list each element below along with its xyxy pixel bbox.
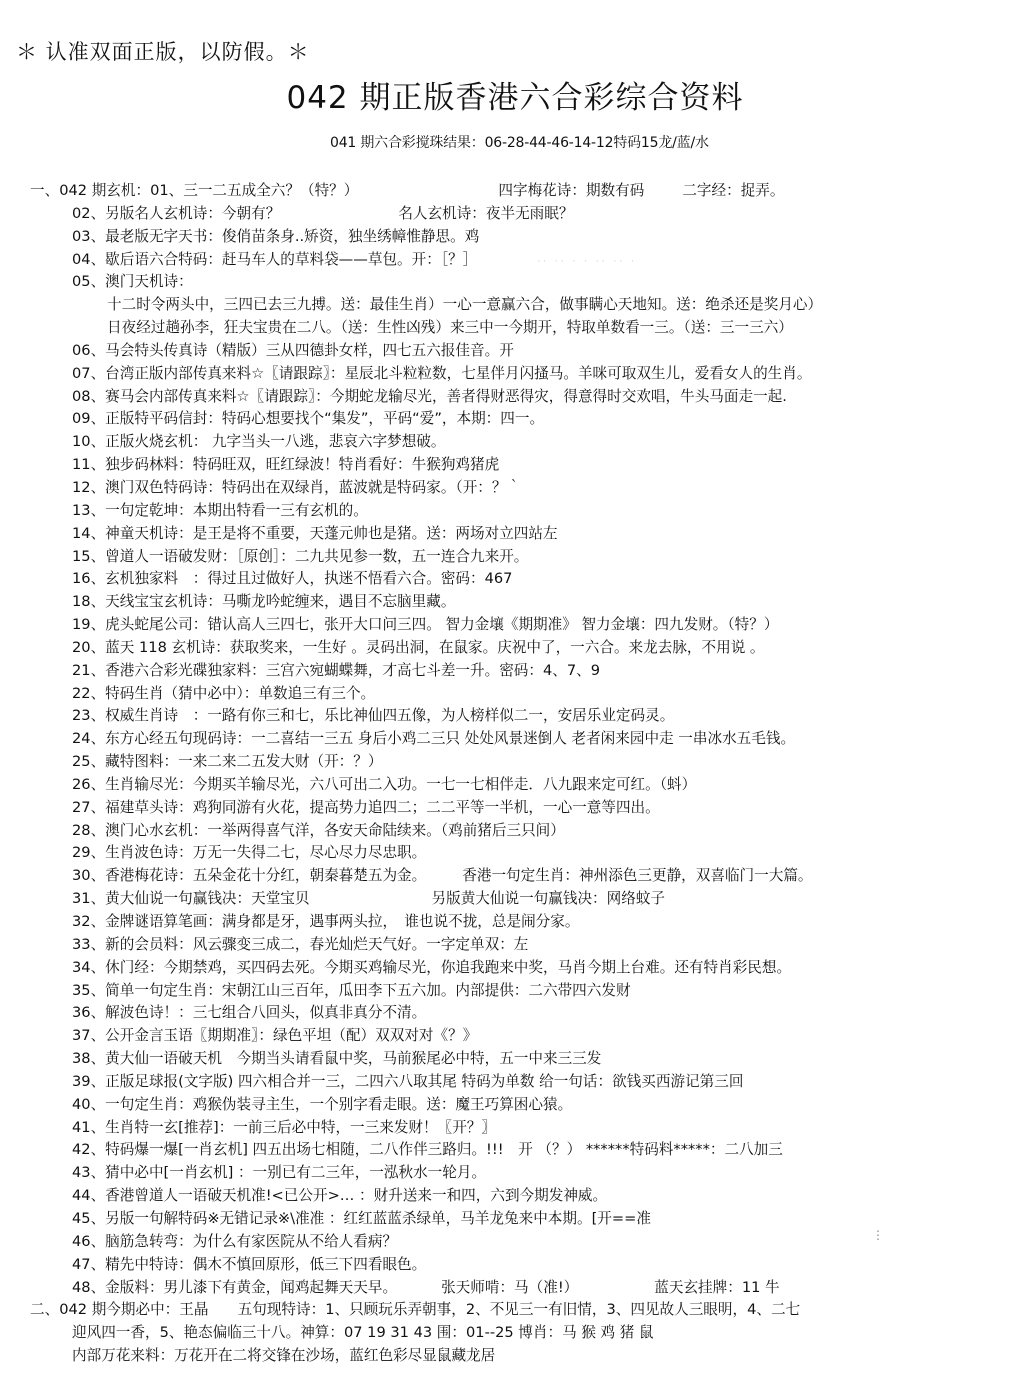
item-number: 36、 — [72, 1004, 105, 1021]
section-2-line-3: 内部万花来料：万花开在二将交锋在沙场，蓝红色彩尽显鼠藏龙居 — [0, 1345, 1010, 1368]
item-text: 金牌谜语算笔画：满身都是牙，遇事两头拉， 谁也说不拢，总是闹分家。 — [105, 913, 579, 930]
list-item-26: 26、生肖输尽光：今期买羊输尽光，六八可出二入功。一七一七相伴走．八九跟来定可红… — [0, 774, 1010, 797]
item-number: 19、 — [72, 616, 105, 633]
item-text: 黄大仙说一句赢钱决：天堂宝贝 — [105, 890, 309, 907]
vertical-dots-artifact: ⋮ — [872, 1228, 884, 1242]
item-text: 新的会员料：风云骤变三成二，春光灿烂天气好。一字定单双：左 — [105, 936, 528, 953]
item-number: 43、 — [72, 1164, 105, 1181]
item-number: 11、 — [72, 456, 105, 473]
item-number: 35、 — [72, 982, 105, 999]
item-text: 曾道人一语破发财：［原创］：二九共见参一数，五一连合九来开。 — [105, 548, 528, 565]
list-item-35: 35、简单一句定生肖：宋朝江山三百年，瓜田李下五六加。内部提供：二六带四六发财 — [0, 980, 1010, 1003]
item-text: 福建草头诗：鸡狗同游有火花，提高势力追四二；二二平等一半机，一心一意等四出。 — [105, 799, 660, 816]
list-item-19: 19、虎头蛇尾公司：错认高人三四七，张开大口问三四。 智力金壤《期期准》 智力金… — [0, 614, 1010, 637]
item-number: 38、 — [72, 1050, 105, 1067]
list-item-04: 04、歇后语六合特码：赶马车人的草料袋——草包。开：［？］·· ·· · · ·… — [0, 249, 1010, 272]
item-number: 18、 — [72, 593, 105, 610]
list-item-43: 43、猜中必中[一肖玄机] ：一别已有二三年，一泓秋水一轮月。 — [0, 1162, 1010, 1185]
item-number: 16、 — [72, 570, 105, 587]
item-number: 45、 — [72, 1210, 105, 1227]
faint-artifact: ·· ·· · · ·· ·· · — [537, 257, 637, 267]
last-draw-result: 041 期六合彩搅珠结果：06-28-44-46-14-12特码15龙/蓝/水 — [330, 132, 709, 152]
section-2-line-1: 二、042 期今期必中：王晶 五句现特诗：1、只顾玩乐弄朝事，2、不见三一有旧情… — [0, 1299, 1010, 1322]
list-item-42: 42、特码爆一爆[一肖玄机] 四五出场七相随，二八作伴三路归。!!! 开 （？）… — [0, 1139, 1010, 1162]
list-item-21: 21、香港六合彩光碟独家料：三宫六宛蝴蝶舞，才高七斗差一升。密码：4、7、9 — [0, 660, 1010, 683]
list-item-05-verse-2: 日夜经过趟孙李，狂夫宝贵在二八。（送：生性凶残）来三中一今期开，特取单数看一三。… — [0, 317, 1010, 340]
item-text: 虎头蛇尾公司：错认高人三四七，张开大口问三四。 智力金壤《期期准》 智力金壤：四… — [105, 616, 778, 633]
item-text: 蓝天 118 玄机诗：获取奖来，一生好 。灵码出洞，在鼠家。庆祝中了，一六合。来… — [105, 639, 764, 656]
item-number: 03、 — [72, 228, 105, 245]
list-item-03: 03、最老版无字天书：俊俏苗条身..矫资，独坐绣幛惟静思。鸡 — [0, 226, 1010, 249]
list-item-10: 10、正版火烧玄机： 九字当头一八逃，悲哀六字梦想破。 — [0, 431, 1010, 454]
item-text: 十二时令两头中，三四已去三九搏。送：最佳生肖）一心一意赢六合，做事瞒心天地知。送… — [107, 296, 822, 313]
item-number: 34、 — [72, 959, 105, 976]
section-2-prefix: 二、 — [30, 1301, 59, 1318]
line-01-two-char: 二字经：捉弄。 — [682, 182, 784, 199]
list-item-22: 22、特码生肖（猜中必中）：单数追三有三个。 — [0, 683, 1010, 706]
item-number: 13、 — [72, 502, 105, 519]
item-text: 东方心经五句现码诗：一二喜结一三五 身后小鸡二三只 处处风景迷倒人 老者闲来园中… — [105, 730, 795, 747]
item-text: 香港曾道人一语破天机准!<已公开>… ：财升送来一和四，六到今期发神威。 — [105, 1187, 607, 1204]
content-body: 一、042 期玄机：01、三一二五成全六？（特？）四字梅花诗：期数有码二字经：捉… — [0, 180, 1010, 1368]
item-text: 澳门双色特码诗：特码出在双绿肖，蓝波就是特码家。（开：？｀ — [105, 479, 521, 496]
item-text: 藏特图料：一来二来二五发大财（开：？） — [105, 753, 382, 770]
item-number: 10、 — [72, 433, 105, 450]
list-item-18: 18、天线宝宝玄机诗：马嘶龙吟蛇缠来，遇目不忘脑里藏。 — [0, 591, 1010, 614]
item-text: 歇后语六合特码：赶马车人的草料袋——草包。开：［？］ — [105, 251, 477, 268]
list-item-20: 20、蓝天 118 玄机诗：获取奖来，一生好 。灵码出洞，在鼠家。庆祝中了，一六… — [0, 637, 1010, 660]
item-text: 正版特平码信封：特码心想要找个“集发”，平码“爱”，本期：四一。 — [105, 410, 544, 427]
item-number: 06、 — [72, 342, 105, 359]
list-item-36: 36、解波色诗！：三七组合八回头，似真非真分不清。 — [0, 1002, 1010, 1025]
line-01-plum-poem: 四字梅花诗：期数有码 — [498, 182, 644, 199]
item-text: 迎风四一香，5、艳态偏临三十八。神算：07 19 31 43 围：01--25 … — [72, 1324, 654, 1341]
item-text: 独步码林料：特码旺双，旺红绿波！特肖看好：牛猴狗鸡猪虎 — [105, 456, 499, 473]
list-item-09: 09、正版特平码信封：特码心想要找个“集发”，平码“爱”，本期：四一。 — [0, 408, 1010, 431]
section-1-prefix: 一、 — [30, 182, 59, 199]
item-text: 最老版无字天书：俊俏苗条身..矫资，独坐绣幛惟静思。鸡 — [105, 228, 479, 245]
list-item-39: 39、正版足球报(文字版) 四六相合并一三，二四六八取其尾 特码为单数 给一句话… — [0, 1071, 1010, 1094]
list-item-27: 27、福建草头诗：鸡狗同游有火花，提高势力追四二；二二平等一半机，一心一意等四出… — [0, 797, 1010, 820]
item-text: 玄机独家料 ：得过且过做好人，执迷不悟看六合。密码：467 — [105, 570, 512, 587]
list-item-48-extra: 张天师啃：马（准!） — [441, 1279, 578, 1296]
item-number: 40、 — [72, 1096, 105, 1113]
list-item-48-extra2: 蓝天玄挂牌：11 牛 — [654, 1279, 779, 1296]
list-item-16: 16、玄机独家料 ：得过且过做好人，执迷不悟看六合。密码：467 — [0, 568, 1010, 591]
list-item-12: 12、澳门双色特码诗：特码出在双绿肖，蓝波就是特码家。（开：？｀ — [0, 477, 1010, 500]
page-title: 042 期正版香港六合彩综合资料 — [0, 72, 1010, 117]
item-number: 25、 — [72, 753, 105, 770]
list-item-33: 33、新的会员料：风云骤变三成二，春光灿烂天气好。一字定单双：左 — [0, 934, 1010, 957]
item-text: 黄大仙一语破天机 今期当头请看鼠中奖，马前猴尾必中特，五一中来三三发 — [105, 1050, 601, 1067]
item-number: 24、 — [72, 730, 105, 747]
section-1-line-01: 一、042 期玄机：01、三一二五成全六？（特？）四字梅花诗：期数有码二字经：捉… — [0, 180, 1010, 203]
item-number: 26、 — [72, 776, 105, 793]
item-number: 33、 — [72, 936, 105, 953]
list-item-06: 06、马会特头传真诗（精版）三从四德卦女样，四七五六报佳音。开 — [0, 340, 1010, 363]
item-number: 32、 — [72, 913, 105, 930]
list-item-45: 45、另版一句解特码※无错记录※\准准 ：红红蓝蓝杀绿单，马羊龙兔来中本期。[开… — [0, 1208, 1010, 1231]
item-number: 05、 — [72, 273, 105, 290]
item-number: 41、 — [72, 1119, 105, 1136]
list-item-25: 25、藏特图料：一来二来二五发大财（开：？） — [0, 751, 1010, 774]
item-number: 09、 — [72, 410, 105, 427]
item-number: 42、 — [72, 1141, 105, 1158]
section-2-line-2: 迎风四一香，5、艳态偏临三十八。神算：07 19 31 43 围：01--25 … — [0, 1322, 1010, 1345]
item-text: 042 期今期必中：王晶 五句现特诗：1、只顾玩乐弄朝事，2、不见三一有旧情，3… — [59, 1301, 800, 1318]
item-text: 金版料：男儿漆下有黄金，闻鸡起舞天天早。 — [105, 1279, 397, 1296]
list-item-44: 44、香港曾道人一语破天机准!<已公开>… ：财升送来一和四，六到今期发神威。 — [0, 1185, 1010, 1208]
item-text: 香港梅花诗：五朵金花十分红，朝秦暮楚五为金。 — [105, 867, 426, 884]
item-number: 39、 — [72, 1073, 105, 1090]
list-item-05-verse-1: 十二时令两头中，三四已去三九搏。送：最佳生肖）一心一意赢六合，做事瞒心天地知。送… — [0, 294, 1010, 317]
item-number: 04、 — [72, 251, 105, 268]
item-number: 47、 — [72, 1256, 105, 1273]
item-text: 正版足球报(文字版) 四六相合并一三，二四六八取其尾 特码为单数 给一句话：欲钱… — [105, 1073, 743, 1090]
item-number: 37、 — [72, 1027, 105, 1044]
item-number: 20、 — [72, 639, 105, 656]
item-text: 特码爆一爆[一肖玄机] 四五出场七相随，二八作伴三路归。!!! 开 （？） **… — [105, 1141, 783, 1158]
list-item-29: 29、生肖波色诗：万无一失得二七，尽心尽力尽忠职。 — [0, 842, 1010, 865]
item-text: 特码生肖（猜中必中）：单数追三有三个。 — [105, 685, 375, 702]
item-number: 29、 — [72, 844, 105, 861]
item-text: 日夜经过趟孙李，狂夫宝贵在二八。（送：生性凶残）来三中一今期开，特取单数看一三。… — [107, 319, 793, 336]
item-text: 内部万花来料：万花开在二将交锋在沙场，蓝红色彩尽显鼠藏龙居 — [72, 1347, 495, 1364]
list-item-46: 46、脑筋急转弯：为什么有家医院从不给人看病？ — [0, 1231, 1010, 1254]
item-text: 一句定乾坤：本期出特看一三有玄机的。 — [105, 502, 368, 519]
item-number: 21、 — [72, 662, 105, 679]
list-item-05: 05、澳门天机诗： — [0, 271, 1010, 294]
item-text: 另版一句解特码※无错记录※\准准 ：红红蓝蓝杀绿单，马羊龙兔来中本期。[开==准 — [105, 1210, 651, 1227]
item-text: 权威生肖诗 ：一路有你三和七，乐比神仙四五像，为人榜样似二一，安居乐业定码灵。 — [105, 707, 674, 724]
list-item-31: 31、黄大仙说一句赢钱决：天堂宝贝另版黄大仙说一句赢钱决：网络蚊子 — [0, 888, 1010, 911]
item-text: 一句定生肖：鸡猴伪装寻主生，一个别字看走眼。送：魔王巧算困心猿。 — [105, 1096, 572, 1113]
item-text: 香港六合彩光碟独家料：三宫六宛蝴蝶舞，才高七斗差一升。密码：4、7、9 — [105, 662, 600, 679]
item-text: 澳门心水玄机：一举两得喜气洋，各安天命陆续来。（鸡前猪后三只间） — [105, 822, 565, 839]
item-number: 08、 — [72, 388, 105, 405]
item-number: 15、 — [72, 548, 105, 565]
list-item-48: 48、金版料：男儿漆下有黄金，闻鸡起舞天天早。张天师啃：马（准!）蓝天玄挂牌：1… — [0, 1277, 1010, 1300]
item-text: 生肖波色诗：万无一失得二七，尽心尽力尽忠职。 — [105, 844, 426, 861]
item-text: 生肖特一玄[推荐]：一前三后必中特，一三来发财！〖开？〗 — [105, 1119, 496, 1136]
list-item-31-extra: 另版黄大仙说一句赢钱决：网络蚊子 — [432, 890, 666, 907]
item-text: 正版火烧玄机： 九字当头一八逃，悲哀六字梦想破。 — [105, 433, 445, 450]
list-item-15: 15、曾道人一语破发财：［原创］：二九共见参一数，五一连合九来开。 — [0, 546, 1010, 569]
item-number: 44、 — [72, 1187, 105, 1204]
item-text: 台湾正版内部传真来料☆〖请跟踪〗：星辰北斗粒粒数，七星伴月闪搔马。羊咪可取双生儿… — [105, 365, 811, 382]
item-text: 解波色诗！：三七组合八回头，似真非真分不清。 — [105, 1004, 426, 1021]
anti-fake-notice: ＊ 认准双面正版，以防假。＊ — [16, 36, 310, 66]
list-item-13: 13、一句定乾坤：本期出特看一三有玄机的。 — [0, 500, 1010, 523]
list-item-30-extra: 香港一句定生肖：神州添色三更静，双喜临门一大篇。 — [462, 867, 812, 884]
list-item-02-extra: 名人玄机诗：夜半无雨眠？ — [398, 205, 573, 222]
list-item-23: 23、权威生肖诗 ：一路有你三和七，乐比神仙四五像，为人榜样似二一，安居乐业定码… — [0, 705, 1010, 728]
list-item-24: 24、东方心经五句现码诗：一二喜结一三五 身后小鸡二三只 处处风景迷倒人 老者闲… — [0, 728, 1010, 751]
item-number: 48、 — [72, 1279, 105, 1296]
list-item-14: 14、神童天机诗：是王是将不重要，天蓬元帅也是猪。送：两场对立四站左 — [0, 523, 1010, 546]
list-item-41: 41、生肖特一玄[推荐]：一前三后必中特，一三来发财！〖开？〗 — [0, 1117, 1010, 1140]
list-item-02: 02、另版名人玄机诗：今朝有？名人玄机诗：夜半无雨眠？ — [0, 203, 1010, 226]
item-text: 赛马会内部传真来料☆〖请跟踪〗：今期蛇龙输尽光，善者得财恶得灾，得意得时交欢唱，… — [105, 388, 787, 405]
item-number: 22、 — [72, 685, 105, 702]
line-01-text: 042 期玄机：01、三一二五成全六？（特？） — [59, 182, 358, 199]
list-item-30: 30、香港梅花诗：五朵金花十分红，朝秦暮楚五为金。香港一句定生肖：神州添色三更静… — [0, 865, 1010, 888]
item-text: 猜中必中[一肖玄机] ：一别已有二三年，一泓秋水一轮月。 — [105, 1164, 486, 1181]
item-number: 28、 — [72, 822, 105, 839]
list-item-11: 11、独步码林料：特码旺双，旺红绿波！特肖看好：牛猴狗鸡猪虎 — [0, 454, 1010, 477]
list-item-08: 08、赛马会内部传真来料☆〖请跟踪〗：今期蛇龙输尽光，善者得财恶得灾，得意得时交… — [0, 386, 1010, 409]
item-text: 澳门天机诗： — [105, 273, 193, 290]
list-item-28: 28、澳门心水玄机：一举两得喜气洋，各安天命陆续来。（鸡前猪后三只间） — [0, 820, 1010, 843]
item-text: 脑筋急转弯：为什么有家医院从不给人看病？ — [105, 1233, 397, 1250]
item-text: 马会特头传真诗（精版）三从四德卦女样，四七五六报佳音。开 — [105, 342, 514, 359]
item-number: 23、 — [72, 707, 105, 724]
item-number: 46、 — [72, 1233, 105, 1250]
item-text: 休门经：今期禁鸡，买四码去死。今期买鸡输尽光，你追我跑来中奖，马肖今期上台难。还… — [105, 959, 791, 976]
item-number: 12、 — [72, 479, 105, 496]
item-text: 另版名人玄机诗：今朝有？ — [105, 205, 280, 222]
list-item-38: 38、黄大仙一语破天机 今期当头请看鼠中奖，马前猴尾必中特，五一中来三三发 — [0, 1048, 1010, 1071]
item-text: 神童天机诗：是王是将不重要，天蓬元帅也是猪。送：两场对立四站左 — [105, 525, 557, 542]
item-text: 公开金言玉语〖期期准〗：绿色平坦（配）双双对对《？》 — [105, 1027, 477, 1044]
list-item-47: 47、精先中特诗：偶木不慎回原形，低三下四看眼色。 — [0, 1254, 1010, 1277]
item-text: 精先中特诗：偶木不慎回原形，低三下四看眼色。 — [105, 1256, 426, 1273]
item-text: 天线宝宝玄机诗：马嘶龙吟蛇缠来，遇目不忘脑里藏。 — [105, 593, 455, 610]
item-number: 02、 — [72, 205, 105, 222]
list-item-34: 34、休门经：今期禁鸡，买四码去死。今期买鸡输尽光，你追我跑来中奖，马肖今期上台… — [0, 957, 1010, 980]
list-item-40: 40、一句定生肖：鸡猴伪装寻主生，一个别字看走眼。送：魔王巧算困心猿。 — [0, 1094, 1010, 1117]
item-number: 14、 — [72, 525, 105, 542]
list-item-07: 07、台湾正版内部传真来料☆〖请跟踪〗：星辰北斗粒粒数，七星伴月闪搔马。羊咪可取… — [0, 363, 1010, 386]
item-text: 简单一句定生肖：宋朝江山三百年，瓜田李下五六加。内部提供：二六带四六发财 — [105, 982, 630, 999]
item-text: 生肖输尽光：今期买羊输尽光，六八可出二入功。一七一七相伴走．八九跟来定可红。（蚪… — [105, 776, 696, 793]
item-number: 30、 — [72, 867, 105, 884]
item-number: 27、 — [72, 799, 105, 816]
list-item-32: 32、金牌谜语算笔画：满身都是牙，遇事两头拉， 谁也说不拢，总是闹分家。 — [0, 911, 1010, 934]
item-number: 31、 — [72, 890, 105, 907]
list-item-37: 37、公开金言玉语〖期期准〗：绿色平坦（配）双双对对《？》 — [0, 1025, 1010, 1048]
item-number: 07、 — [72, 365, 105, 382]
